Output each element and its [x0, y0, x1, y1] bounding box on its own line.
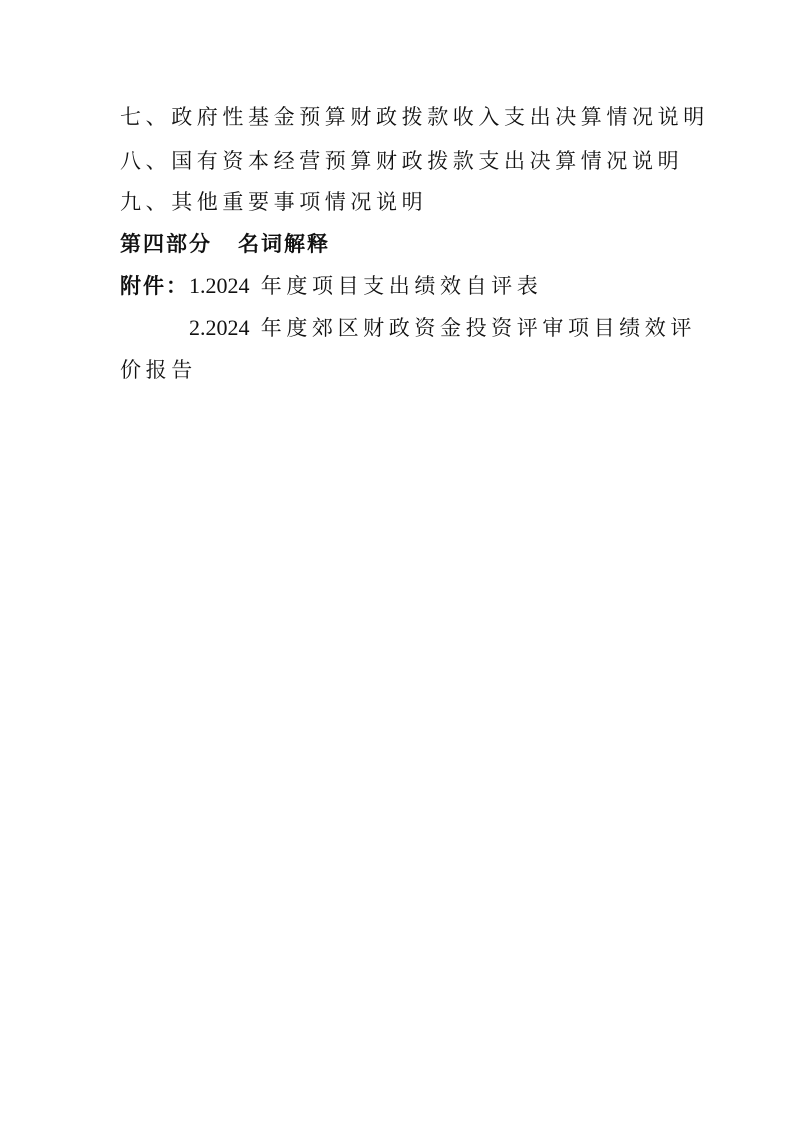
toc-item-7: 七、政府性基金预算财政拨款收入支出决算情况说明 [120, 104, 709, 130]
attachment-1: 附件：1.2024 年度项目支出绩效自评表 [120, 273, 542, 299]
section-part-label: 第四部分 [120, 232, 212, 256]
toc-item-9: 九、其他重要事项情况说明 [120, 189, 427, 215]
attachment-1-number: 1.2024 [189, 273, 250, 298]
attachment-2-continuation: 价报告 [120, 357, 197, 383]
document-page: 七、政府性基金预算财政拨款收入支出决算情况说明 八、国有资本经营预算财政拨款支出… [0, 0, 793, 1122]
section-title: 名词解释 [238, 232, 330, 256]
toc-item-8: 八、国有资本经营预算财政拨款支出决算情况说明 [120, 148, 683, 174]
attachment-1-title: 年度项目支出绩效自评表 [261, 274, 543, 298]
section-heading: 第四部分名词解释 [120, 231, 330, 257]
attachments-label: 附件： [120, 274, 189, 298]
attachment-2-number: 2.2024 [189, 315, 250, 340]
attachment-2-title: 年度郊区财政资金投资评审项目绩效评 [261, 316, 696, 340]
attachment-2: 2.2024 年度郊区财政资金投资评审项目绩效评 [189, 315, 696, 341]
